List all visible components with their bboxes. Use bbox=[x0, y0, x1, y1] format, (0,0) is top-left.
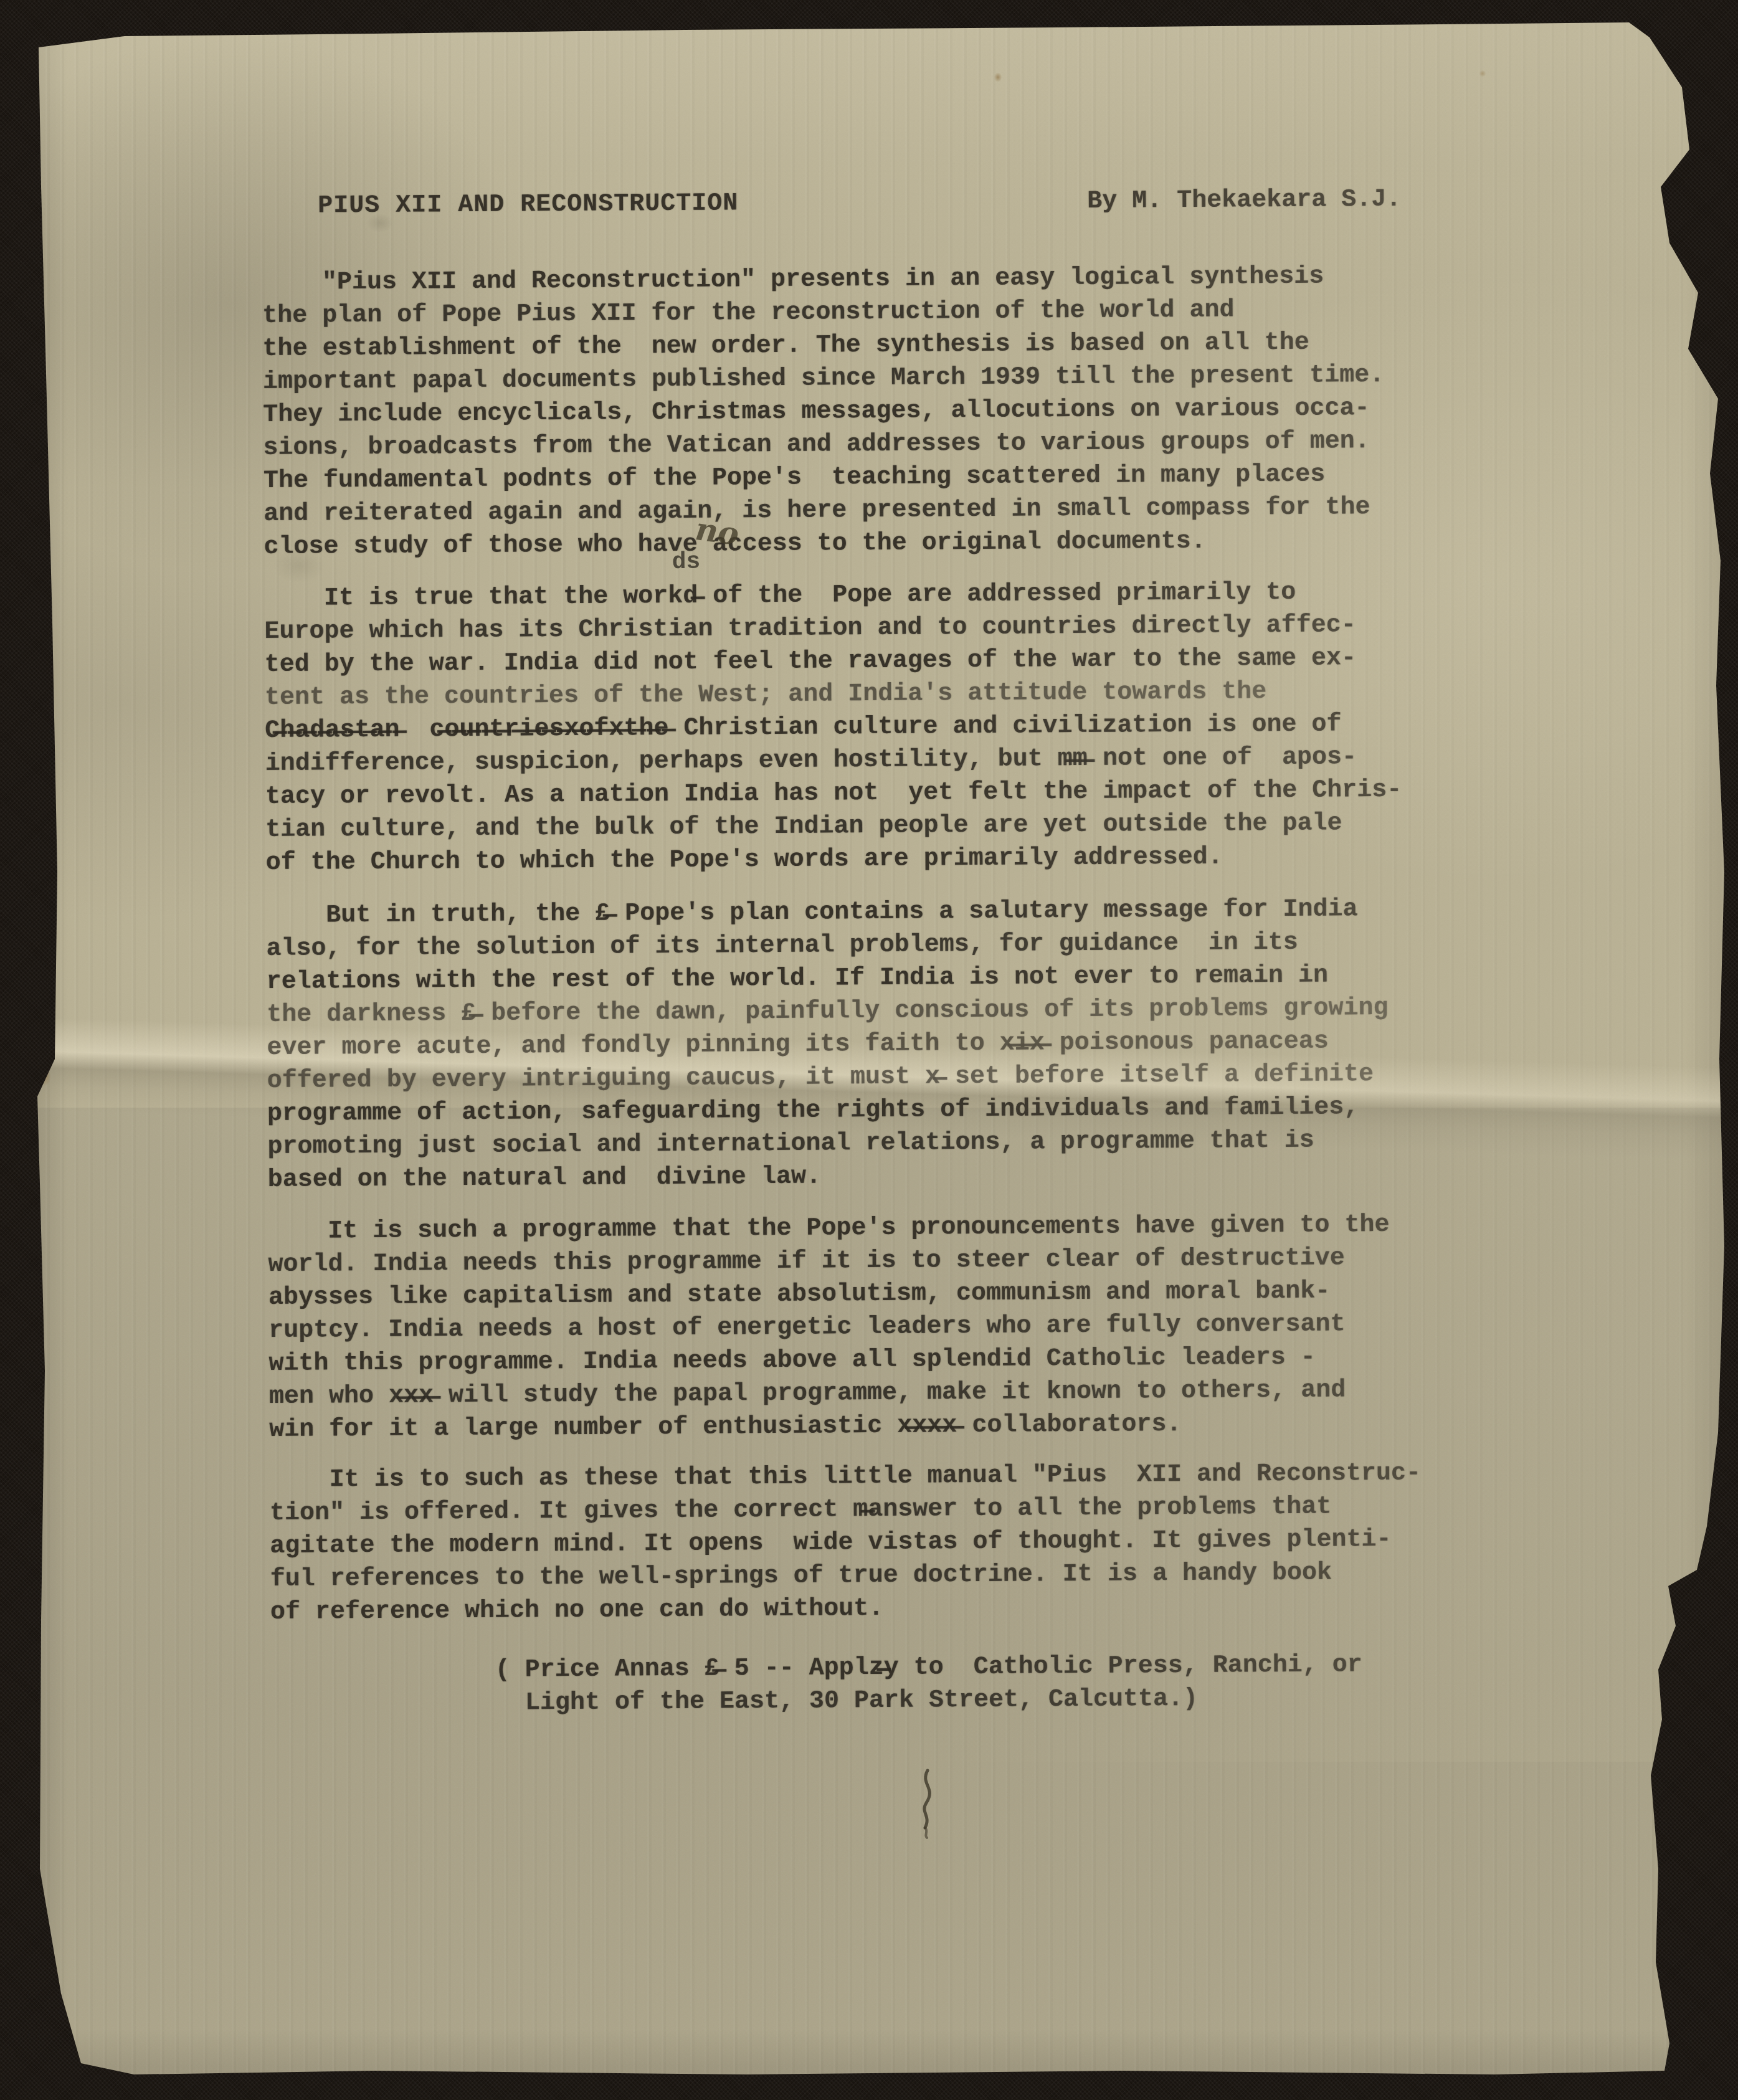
byline: By M. Thekaekara S.J. bbox=[1087, 183, 1401, 218]
typed-correction-superscript: ds bbox=[672, 550, 701, 575]
typewritten-page: PIUS XII AND RECONSTRUCTIONBy M. Thekaek… bbox=[31, 17, 1729, 2079]
title-row: PIUS XII AND RECONSTRUCTIONBy M. Thekaek… bbox=[262, 182, 1570, 223]
handwritten-insertion: no bbox=[693, 513, 741, 550]
typed-text-block: PIUS XII AND RECONSTRUCTIONBy M. Thekaek… bbox=[262, 182, 1579, 1721]
paragraph-2: It is true that the workd̶ of the Pope a… bbox=[264, 574, 1574, 880]
ink-blot-mark bbox=[906, 1767, 950, 1841]
paragraph-1: "Pius XII and Reconstruction" presents i… bbox=[262, 259, 1572, 564]
paragraph-5: It is to such as these that this little … bbox=[269, 1456, 1579, 1629]
paragraph-3: But in truth, the £̶ Pope's plan contain… bbox=[266, 891, 1576, 1197]
paragraph-4: It is such a programme that the Pope's p… bbox=[268, 1207, 1577, 1447]
price-note: ( Price Annas £̶ 5 -- Applz̶y to Catholi… bbox=[270, 1647, 1579, 1721]
scanned-document-photo: { "colors": { "background": "#17120d", "… bbox=[0, 0, 1738, 2100]
page-title: PIUS XII AND RECONSTRUCTION bbox=[318, 187, 738, 222]
